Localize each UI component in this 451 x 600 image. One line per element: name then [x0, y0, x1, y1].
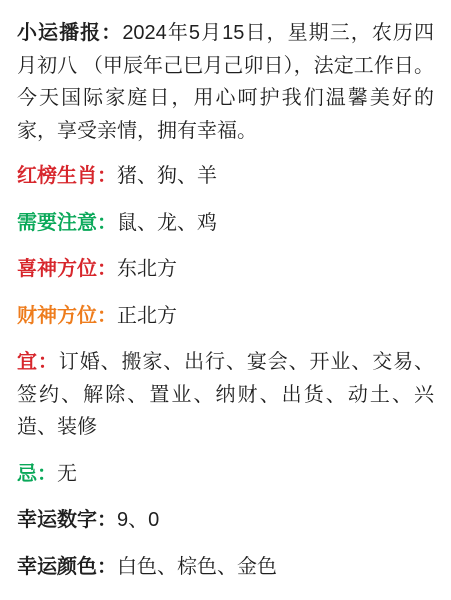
section-label-lucky-colors: 幸运颜色：	[17, 556, 117, 578]
section-label-lucky-numbers: 幸运数字：	[17, 509, 117, 531]
section-value-avoid: 无	[57, 463, 77, 485]
section-label-suitable: 宜：	[17, 351, 59, 373]
section-label-need-attention: 需要注意：	[17, 212, 117, 234]
section-avoid: 忌：无	[17, 458, 434, 491]
section-label-xi-god-direction: 喜神方位：	[17, 258, 117, 280]
section-value-lucky-colors: 白色、棕色、金色	[117, 556, 277, 578]
almanac-content: 小运播报：2024年5月15日，星期三，农历四月初八 （甲辰年己巳月己卯日），法…	[0, 0, 451, 583]
section-value-wealth-direction: 正北方	[117, 305, 177, 327]
intro-paragraph: 小运播报：2024年5月15日，星期三，农历四月初八 （甲辰年己巳月己卯日），法…	[17, 17, 434, 147]
section-label-avoid: 忌：	[17, 463, 57, 485]
section-value-xi-god-direction: 东北方	[117, 258, 177, 280]
section-suitable: 宜：订婚、搬家、出行、宴会、开业、交易、签约、解除、置业、纳财、出货、动土、兴造…	[17, 346, 434, 444]
section-red-list-zodiac: 红榜生肖：猪、狗、羊	[17, 160, 434, 193]
section-wealth-direction: 财神方位：正北方	[17, 300, 434, 333]
section-lucky-numbers: 幸运数字：9、0	[17, 504, 434, 537]
section-label-wealth-direction: 财神方位：	[17, 305, 117, 327]
intro-label: 小运播报：	[17, 22, 122, 44]
section-lucky-colors: 幸运颜色：白色、棕色、金色	[17, 551, 434, 584]
section-need-attention: 需要注意：鼠、龙、鸡	[17, 207, 434, 240]
section-value-need-attention: 鼠、龙、鸡	[117, 212, 217, 234]
almanac-page: 小运播报：2024年5月15日，星期三，农历四月初八 （甲辰年己巳月己卯日），法…	[0, 0, 451, 600]
section-value-red-list-zodiac: 猪、狗、羊	[117, 165, 217, 187]
section-xi-god-direction: 喜神方位：东北方	[17, 253, 434, 286]
section-value-lucky-numbers: 9、0	[117, 509, 159, 531]
section-value-suitable: 订婚、搬家、出行、宴会、开业、交易、签约、解除、置业、纳财、出货、动土、兴造、装…	[17, 351, 434, 438]
section-label-red-list-zodiac: 红榜生肖：	[17, 165, 117, 187]
